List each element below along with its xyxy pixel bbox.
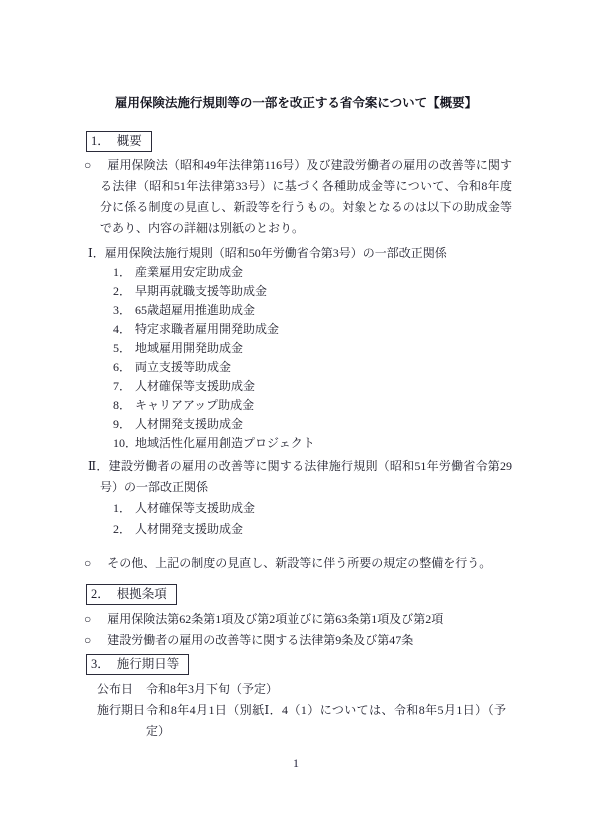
legal-basis-item: ○雇用保険法第62条第1項及び第2項並びに第63条第1項及び第2項 bbox=[100, 609, 512, 630]
schedule-label: 公布日 bbox=[97, 679, 146, 700]
page-number: 1 bbox=[0, 755, 592, 771]
grant-item: 1．産業雇用安定助成金 bbox=[113, 263, 592, 282]
item-number: 2． bbox=[113, 519, 135, 540]
schedule-row-promulgation: 公布日 令和8年3月下旬（予定） bbox=[97, 679, 592, 700]
section-heading-effective-date: 3．施行期日等 bbox=[86, 654, 189, 675]
schedule-value: 令和8年3月下旬（予定） bbox=[146, 679, 506, 700]
schedule-table: 公布日 令和8年3月下旬（予定） 施行期日 令和8年4月1日（別紙Ⅰ．4（1）に… bbox=[97, 679, 592, 742]
item-number: 3． bbox=[113, 301, 135, 320]
circle-bullet: ○ bbox=[84, 612, 91, 626]
item-number: 9． bbox=[113, 415, 135, 434]
circle-bullet: ○ bbox=[84, 556, 91, 570]
grant-item: 8．キャリアアップ助成金 bbox=[113, 396, 592, 415]
part-2-construction-workers-rules: Ⅱ．建設労働者の雇用の改善等に関する法律施行規則（昭和51年労働省令第29号）の… bbox=[0, 456, 592, 540]
item-number: 7． bbox=[113, 377, 135, 396]
part-2-grant-list: 1．人材確保等支援助成金 2．人材開発支援助成金 bbox=[0, 498, 592, 540]
legal-basis-text: 建設労働者の雇用の改善等に関する法律第9条及び第47条 bbox=[107, 633, 413, 647]
item-label: 人材確保等支援助成金 bbox=[135, 501, 255, 515]
part-2-heading: Ⅱ．建設労働者の雇用の改善等に関する法律施行規則（昭和51年労働省令第29号）の… bbox=[100, 456, 512, 498]
overview-intro-paragraph: ○雇用保険法（昭和49年法律第116号）及び建設労働者の雇用の改善等に関する法律… bbox=[100, 155, 512, 239]
section-number: 1． bbox=[91, 134, 110, 148]
item-number: 10． bbox=[113, 434, 135, 453]
section-number: 3． bbox=[91, 657, 110, 671]
item-number: 1． bbox=[113, 263, 135, 282]
part-1-grant-list: 1．産業雇用安定助成金 2．早期再就職支援等助成金 3．65歳超雇用推進助成金 … bbox=[0, 263, 592, 453]
item-number: 2． bbox=[113, 282, 135, 301]
item-label: キャリアアップ助成金 bbox=[135, 398, 254, 412]
section-heading-legal-basis: 2．根拠条項 bbox=[86, 584, 177, 605]
item-label: 人材開発支援助成金 bbox=[135, 417, 243, 431]
item-number: 1． bbox=[113, 498, 135, 519]
document-page: 雇用保険法施行規則等の一部を改正する省令案について【概要】 1．概要 ○雇用保険… bbox=[0, 0, 592, 838]
grant-item: 10．地域活性化雇用創造プロジェクト bbox=[113, 434, 592, 453]
part-1-heading: Ⅰ．雇用保険法施行規則（昭和50年労働省令第3号）の一部改正関係 bbox=[100, 243, 512, 263]
overview-other-paragraph: ○その他、上記の制度の見直し、新設等に伴う所要の規定の整備を行う。 bbox=[100, 553, 512, 574]
grant-item: 6．両立支援等助成金 bbox=[113, 358, 592, 377]
grant-item: 5．地域雇用開発助成金 bbox=[113, 339, 592, 358]
section-number: 2． bbox=[91, 587, 110, 601]
item-label: 特定求職者雇用開発助成金 bbox=[135, 322, 279, 336]
circle-bullet: ○ bbox=[84, 158, 91, 172]
item-label: 65歳超雇用推進助成金 bbox=[135, 303, 255, 317]
item-label: 両立支援等助成金 bbox=[135, 360, 231, 374]
legal-basis-text: 雇用保険法第62条第1項及び第2項並びに第63条第1項及び第2項 bbox=[107, 612, 443, 626]
item-label: 地域雇用開発助成金 bbox=[135, 341, 243, 355]
item-label: 地域活性化雇用創造プロジェクト bbox=[135, 436, 315, 450]
grant-item: 1．人材確保等支援助成金 bbox=[113, 498, 592, 519]
grant-item: 9．人材開発支援助成金 bbox=[113, 415, 592, 434]
item-number: 5． bbox=[113, 339, 135, 358]
grant-item: 4．特定求職者雇用開発助成金 bbox=[113, 320, 592, 339]
section-label: 根拠条項 bbox=[117, 587, 167, 601]
part-1-employment-insurance-rules: Ⅰ．雇用保険法施行規則（昭和50年労働省令第3号）の一部改正関係 1．産業雇用安… bbox=[0, 243, 592, 453]
grant-item: 2．早期再就職支援等助成金 bbox=[113, 282, 592, 301]
item-number: 8． bbox=[113, 396, 135, 415]
item-label: 産業雇用安定助成金 bbox=[135, 265, 243, 279]
grant-item: 7．人材確保等支援助成金 bbox=[113, 377, 592, 396]
overview-intro-text: 雇用保険法（昭和49年法律第116号）及び建設労働者の雇用の改善等に関する法律（… bbox=[100, 158, 512, 235]
item-label: 人材開発支援助成金 bbox=[135, 522, 243, 536]
schedule-row-enforcement: 施行期日 令和8年4月1日（別紙Ⅰ．4（1）については、令和8年5月1日）（予定… bbox=[97, 700, 592, 742]
legal-basis-item: ○建設労働者の雇用の改善等に関する法律第9条及び第47条 bbox=[100, 630, 512, 651]
item-label: 早期再就職支援等助成金 bbox=[135, 284, 267, 298]
document-title: 雇用保険法施行規則等の一部を改正する省令案について【概要】 bbox=[0, 95, 592, 111]
item-number: 4． bbox=[113, 320, 135, 339]
schedule-label: 施行期日 bbox=[97, 700, 146, 742]
schedule-value: 令和8年4月1日（別紙Ⅰ．4（1）については、令和8年5月1日）（予定） bbox=[146, 700, 506, 742]
grant-item: 3．65歳超雇用推進助成金 bbox=[113, 301, 592, 320]
section-heading-overview: 1．概要 bbox=[86, 131, 152, 152]
item-number: 6． bbox=[113, 358, 135, 377]
item-label: 人材確保等支援助成金 bbox=[135, 379, 255, 393]
section-label: 施行期日等 bbox=[117, 657, 180, 671]
overview-other-text: その他、上記の制度の見直し、新設等に伴う所要の規定の整備を行う。 bbox=[107, 556, 491, 570]
grant-item: 2．人材開発支援助成金 bbox=[113, 519, 592, 540]
section-label: 概要 bbox=[117, 134, 142, 148]
circle-bullet: ○ bbox=[84, 633, 91, 647]
